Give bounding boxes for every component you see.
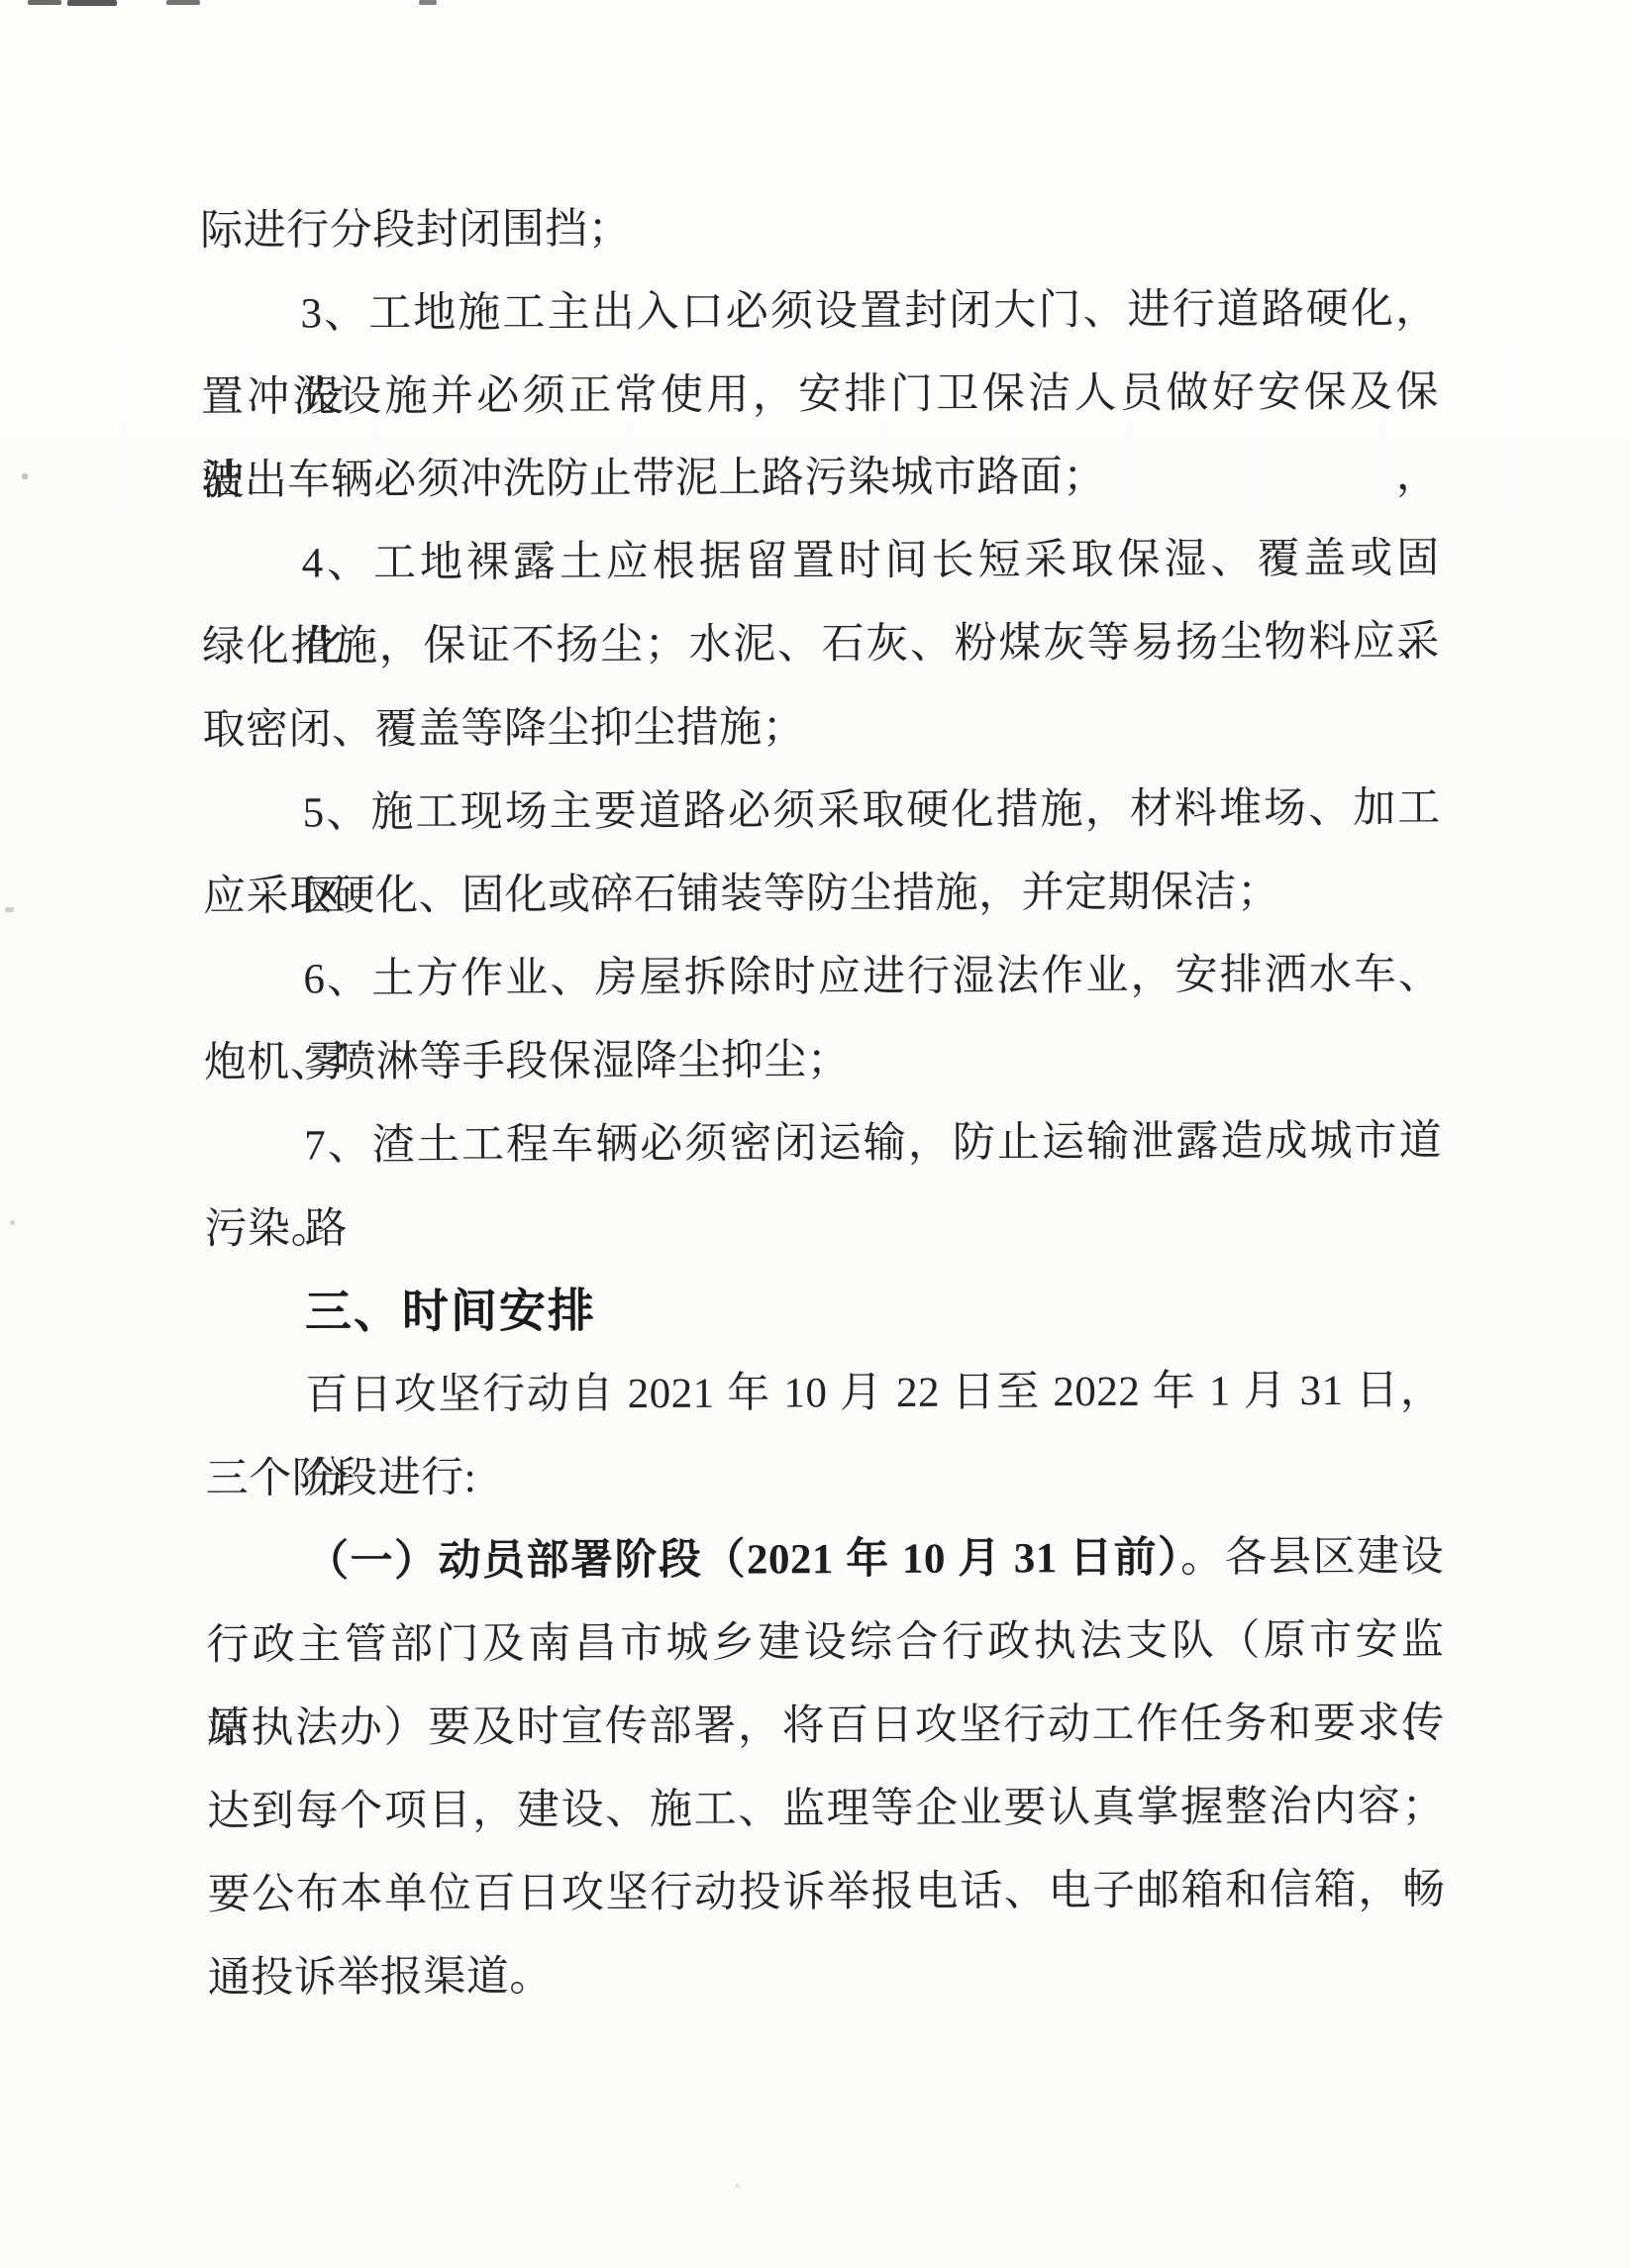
text-line: 污染。 bbox=[204, 1184, 1442, 1272]
text-line: 原执法办）要及时宣传部署，将百日攻坚行动工作任务和要求传 bbox=[207, 1683, 1445, 1771]
scan-artifact bbox=[10, 1220, 15, 1225]
text-line: 7、渣土工程车辆必须密闭运输，防止运输泄露造成城市道路 bbox=[204, 1100, 1442, 1188]
scan-artifact bbox=[28, 0, 61, 5]
text-line: 际进行分段封闭围挡； bbox=[200, 185, 1438, 273]
text-line: 置冲洗设施并必须正常使用，安排门卫保洁人员做好安保及保洁， bbox=[201, 352, 1439, 440]
text-line: 取密闭、覆盖等降尘抑尘措施； bbox=[202, 684, 1440, 773]
text-line: 应采取硬化、固化或碎石铺装等防尘措施，并定期保洁； bbox=[203, 851, 1441, 939]
text-line: 达到每个项目，建设、施工、监理等企业要认真掌握整治内容； bbox=[207, 1766, 1445, 1854]
text-line: 百日攻坚行动自 2021 年 10 月 22 日至 2022 年 1 月 31 … bbox=[205, 1350, 1443, 1438]
scan-artifact bbox=[735, 2184, 740, 2188]
scan-artifact bbox=[419, 0, 437, 5]
text-line: 3、工地施工主出入口必须设置封闭大门、进行道路硬化，设 bbox=[200, 268, 1438, 357]
scan-artifact bbox=[22, 473, 28, 479]
text-line: （一）动员部署阶段（2021 年 10 月 31 日前）。各县区建设 bbox=[206, 1516, 1444, 1604]
text-line: 炮机、喷淋等手段保湿降尘抑尘； bbox=[204, 1017, 1442, 1105]
text-line: 三个阶段进行: bbox=[205, 1433, 1443, 1521]
scan-artifact bbox=[166, 0, 200, 5]
text-line: 行政主管部门及南昌市城乡建设综合行政执法支队（原市安监站、 bbox=[206, 1599, 1444, 1688]
text-line: 4、工地裸露土应根据留置时间长短采取保湿、覆盖或固化、 bbox=[201, 518, 1439, 606]
text-line: 6、土方作业、房屋拆除时应进行湿法作业，安排洒水车、雾 bbox=[203, 934, 1441, 1022]
text-line: 通投诉举报渠道。 bbox=[208, 1932, 1446, 2020]
text-line: 5、施工现场主要道路必须采取硬化措施，材料堆场、加工区 bbox=[203, 768, 1441, 856]
scan-artifact bbox=[67, 0, 117, 6]
document-text-block: 际进行分段封闭围挡；3、工地施工主出入口必须设置封闭大门、进行道路硬化，设置冲洗… bbox=[200, 185, 1446, 2020]
text-line: 绿化措施，保证不扬尘；水泥、石灰、粉煤灰等易扬尘物料应采 bbox=[202, 601, 1440, 689]
scanned-page: 际进行分段封闭围挡；3、工地施工主出入口必须设置封闭大门、进行道路硬化，设置冲洗… bbox=[0, 0, 1630, 2268]
section-heading-line: 三、时间安排 bbox=[205, 1267, 1443, 1355]
text-line: 要公布本单位百日攻坚行动投诉举报电话、电子邮箱和信箱，畅 bbox=[207, 1849, 1445, 1937]
scan-artifact bbox=[5, 907, 14, 912]
text-segment: 。各县区建设 bbox=[1180, 1534, 1444, 1582]
bold-text-segment: （一）动员部署阶段（2021 年 10 月 31 日前） bbox=[306, 1535, 1180, 1586]
